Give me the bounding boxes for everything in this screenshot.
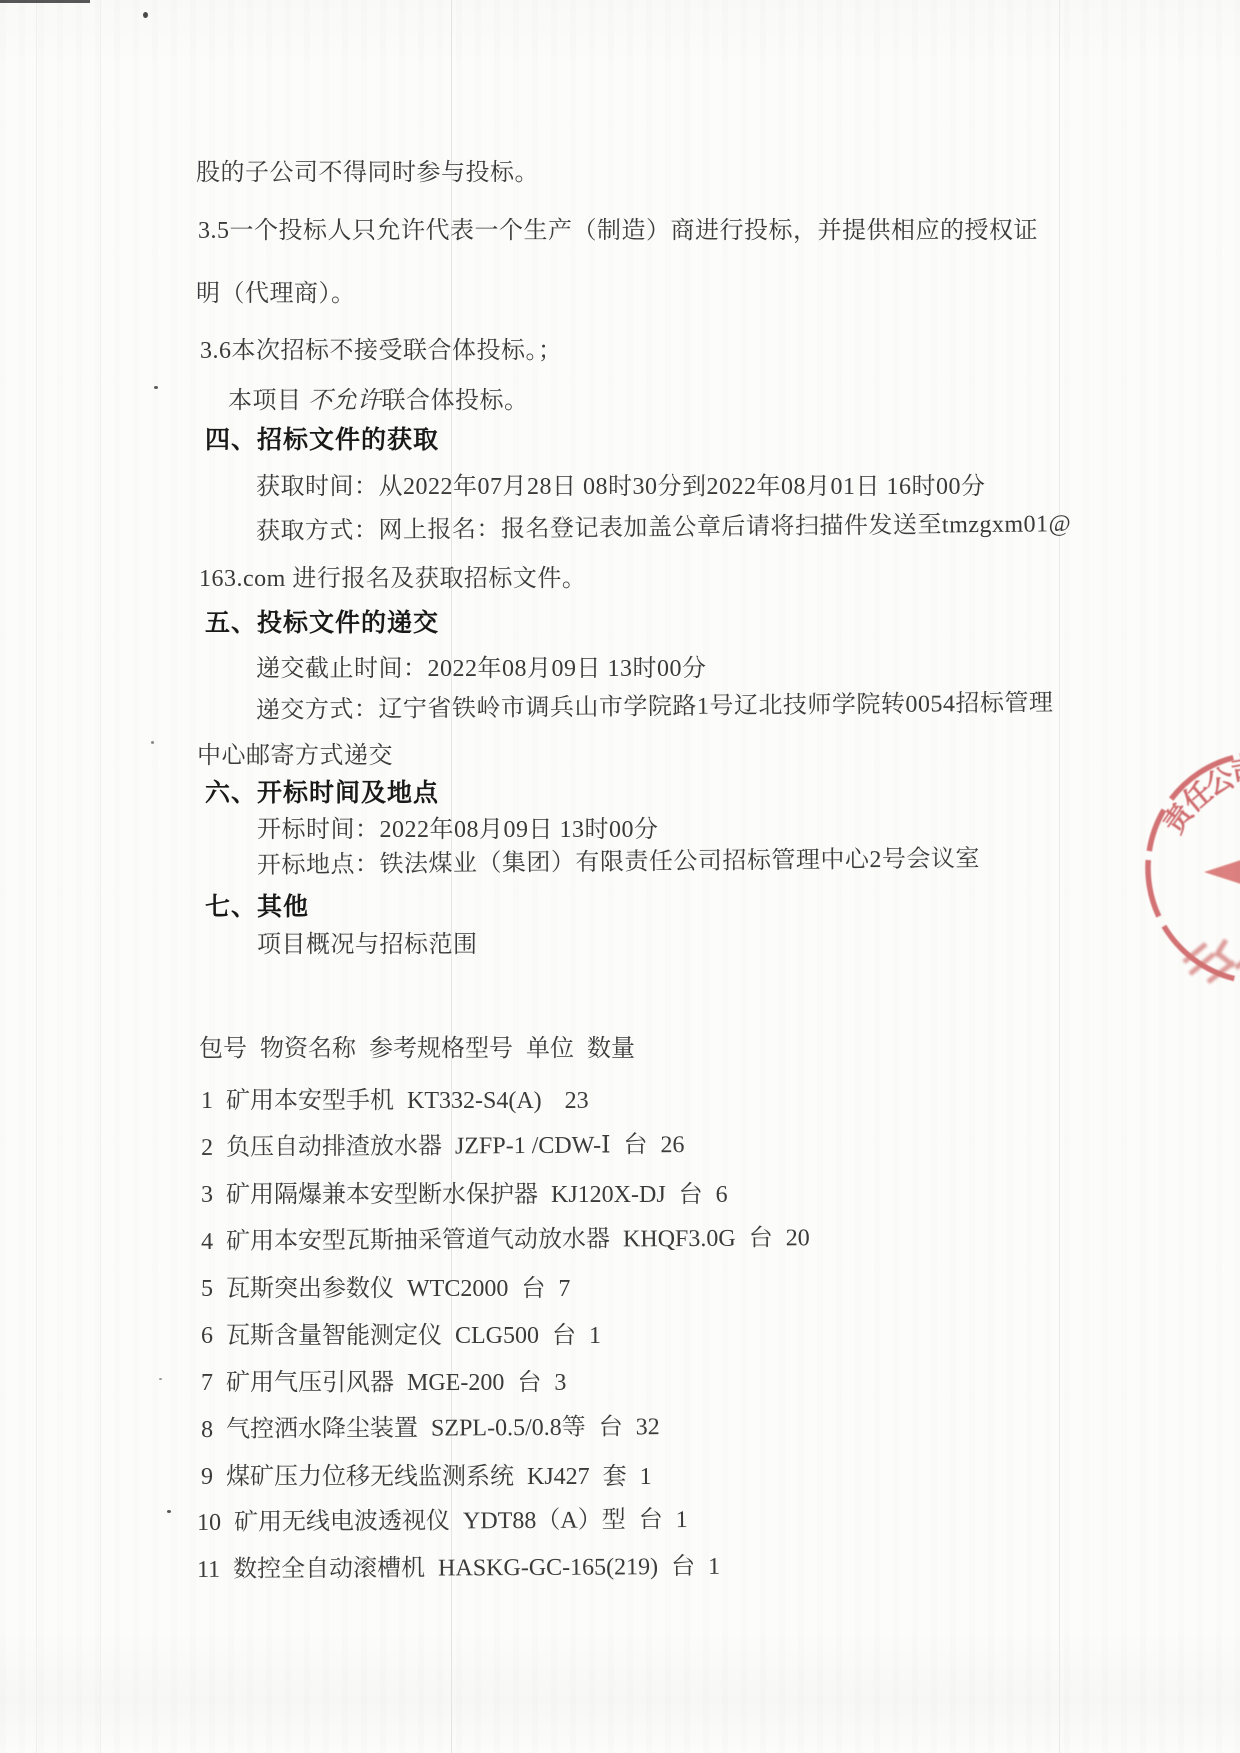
project-emphasis: 不允许 xyxy=(308,388,382,414)
table-row: 1矿用本安型手机KT332-S4(A)23 xyxy=(201,1080,602,1115)
cell-qty: 32 xyxy=(636,1414,660,1440)
col-header-name: 物资名称 xyxy=(260,1036,356,1062)
cell-name: 负压自动排渣放水器 xyxy=(226,1134,442,1161)
star-icon xyxy=(1192,800,1240,934)
table-row: 9煤矿压力位移无线监测系统KJ427套1 xyxy=(201,1456,665,1491)
seal-ring xyxy=(1148,754,1240,982)
cell-no: 5 xyxy=(201,1276,213,1302)
cell-spec: CLG500 xyxy=(455,1323,539,1349)
seal-arc-char: 司 xyxy=(1229,754,1240,790)
cell-no: 3 xyxy=(201,1182,213,1208)
col-header-unit: 单位 xyxy=(526,1036,574,1062)
cell-unit: 台 xyxy=(599,1414,623,1440)
scan-edge-mark xyxy=(0,0,90,3)
cell-spec: HASKG-GC-165(219) xyxy=(438,1554,658,1581)
doc-line-project: 本项目 不允许联合体投标。 xyxy=(228,388,529,416)
cell-name: 瓦斯突出参数仪 xyxy=(226,1276,394,1302)
table-row: 5瓦斯突出参数仪WTC2000台7 xyxy=(201,1268,583,1303)
cell-qty: 7 xyxy=(558,1276,570,1302)
doc-line: 获取方式：网上报名：报名登记表加盖公章后请将扫描件发送至tmzgxm01@ xyxy=(256,511,1071,546)
col-header-spec: 参考规格型号 xyxy=(369,1036,513,1062)
section-heading-6: 六、开标时间及地点 xyxy=(205,780,439,809)
cell-spec: WTC2000 xyxy=(407,1276,508,1302)
scan-speck xyxy=(167,1510,171,1513)
seal-bottom-smudge xyxy=(1184,940,1240,982)
doc-line: 股的子公司不得同时参与投标。 xyxy=(196,160,539,188)
project-prefix: 本项目 xyxy=(228,388,308,414)
cell-qty: 1 xyxy=(676,1507,688,1533)
cell-unit: 台 xyxy=(623,1132,647,1158)
doc-line: 明（代理商）。 xyxy=(196,281,356,309)
scan-streak xyxy=(36,0,37,1753)
scanned-document-page: 股的子公司不得同时参与投标。 3.5一个投标人只允许代表一个生产（制造）商进行投… xyxy=(0,0,1240,1753)
doc-line: 开标时间：2022年08月09日 13时00分 xyxy=(257,817,659,845)
section-heading-7: 七、其他 xyxy=(205,894,309,923)
cell-unit: 台 xyxy=(679,1182,703,1208)
cell-spec: KHQF3.0G xyxy=(623,1226,736,1253)
cell-no: 6 xyxy=(201,1323,213,1349)
cell-no: 2 xyxy=(201,1135,213,1161)
seal-arc-char: 公 xyxy=(1201,762,1239,802)
cell-unit: 台 xyxy=(521,1276,545,1302)
cell-spec: KJ120X-DJ xyxy=(551,1182,666,1208)
cell-name: 矿用气压引风器 xyxy=(226,1370,394,1396)
cell-spec: JZFP-1 /CDW-Ⅰ xyxy=(455,1132,611,1159)
company-seal: 责 任 公 司 xyxy=(1120,728,1240,1000)
project-suffix: 联合体投标。 xyxy=(382,388,529,414)
cell-unit: 台 xyxy=(671,1554,695,1580)
seal-arc-char: 任 xyxy=(1177,776,1219,819)
cell-qty: 26 xyxy=(660,1132,684,1158)
scan-streak xyxy=(1059,0,1060,1753)
cell-name: 气控洒水降尘装置 xyxy=(226,1416,418,1443)
cell-qty: 1 xyxy=(708,1554,720,1580)
section-heading-4: 四、招标文件的获取 xyxy=(205,427,439,456)
doc-line: 3.5一个投标人只允许代表一个生产（制造）商进行投标，并提供相应的授权证 xyxy=(198,218,1038,246)
scan-streak xyxy=(100,0,101,1753)
cell-no: 11 xyxy=(197,1557,220,1583)
cell-no: 10 xyxy=(197,1510,221,1536)
doc-line: 递交截止时间：2022年08月09日 13时00分 xyxy=(256,656,707,684)
table-row: 8气控洒水降尘装置SZPL-0.5/0.8等台32 xyxy=(201,1406,673,1444)
cell-no: 4 xyxy=(201,1229,213,1255)
cell-unit: 台 xyxy=(517,1370,541,1396)
cell-name: 数控全自动滚槽机 xyxy=(233,1556,425,1583)
doc-line: 获取时间：从2022年07月28日 08时30分到2022年08月01日 16时… xyxy=(256,474,986,502)
cell-unit: 套 xyxy=(603,1464,627,1490)
table-row: 6瓦斯含量智能测定仪CLG500台1 xyxy=(201,1315,614,1350)
table-row: 3矿用隔爆兼本安型断水保护器KJ120X-DJ台6 xyxy=(201,1174,741,1209)
seal-arc-char: 责 xyxy=(1157,797,1200,840)
cell-name: 矿用本安型手机 xyxy=(226,1088,394,1114)
cell-spec: SZPL-0.5/0.8等 xyxy=(431,1415,586,1442)
col-header-qty: 数量 xyxy=(587,1036,635,1062)
cell-name: 煤矿压力位移无线监测系统 xyxy=(226,1464,514,1490)
cell-spec: KJ427 xyxy=(527,1464,590,1490)
doc-line: 递交方式：辽宁省铁岭市调兵山市学院路1号辽北技师学院转0054招标管理 xyxy=(256,690,1054,725)
cell-name: 矿用无线电波透视仪 xyxy=(234,1508,450,1535)
cell-unit: 台 xyxy=(552,1323,576,1349)
cell-no: 1 xyxy=(201,1088,213,1114)
cell-no: 8 xyxy=(201,1417,213,1443)
cell-qty: 20 xyxy=(786,1225,810,1251)
doc-line: 163.com 进行报名及获取招标文件。 xyxy=(199,566,586,594)
scan-speck xyxy=(143,12,148,18)
cell-qty: 1 xyxy=(589,1323,601,1349)
cell-qty: 6 xyxy=(716,1182,728,1208)
cell-name: 瓦斯含量智能测定仪 xyxy=(226,1323,442,1349)
seal-arc-text: 责 任 公 司 xyxy=(1157,754,1240,840)
section-heading-5: 五、投标文件的递交 xyxy=(205,610,439,639)
cell-spec: YDT88（A）型 xyxy=(463,1507,626,1534)
cell-spec: KT332-S4(A) xyxy=(407,1088,542,1114)
cell-no: 9 xyxy=(201,1464,213,1490)
table-row: 7矿用气压引风器MGE-200台3 xyxy=(201,1362,579,1397)
table-row: 11数控全自动滚槽机HASKG-GC-165(219)台1 xyxy=(197,1546,733,1584)
col-header-no: 包号 xyxy=(199,1036,247,1062)
cell-unit: 台 xyxy=(639,1507,663,1533)
scan-speck xyxy=(154,386,158,389)
cell-qty: 3 xyxy=(554,1370,566,1396)
table-row: 4矿用本安型瓦斯抽采管道气动放水器KHQF3.0G台20 xyxy=(201,1217,823,1256)
scan-speck xyxy=(151,741,154,744)
doc-line: 3.6本次招标不接受联合体投标。； xyxy=(200,338,563,366)
cell-qty: 1 xyxy=(640,1464,652,1490)
cell-unit: 台 xyxy=(749,1226,773,1252)
scan-speck xyxy=(159,1378,162,1380)
cell-qty: 23 xyxy=(565,1088,589,1114)
doc-line: 开标地点：铁法煤业（集团）有限责任公司招标管理中心2号会议室 xyxy=(257,846,980,881)
table-header-row: 包号物资名称参考规格型号单位数量 xyxy=(199,1028,648,1063)
cell-name: 矿用本安型瓦斯抽采管道气动放水器 xyxy=(226,1227,610,1255)
cell-spec: MGE-200 xyxy=(407,1370,504,1396)
doc-line: 项目概况与招标范围 xyxy=(257,932,478,960)
table-row: 10矿用无线电波透视仪YDT88（A）型台1 xyxy=(197,1499,701,1537)
cell-no: 7 xyxy=(201,1370,213,1396)
table-row: 2负压自动排渣放水器JZFP-1 /CDW-Ⅰ台26 xyxy=(201,1124,698,1162)
cell-name: 矿用隔爆兼本安型断水保护器 xyxy=(226,1182,538,1208)
doc-line: 中心邮寄方式递交 xyxy=(197,743,393,771)
